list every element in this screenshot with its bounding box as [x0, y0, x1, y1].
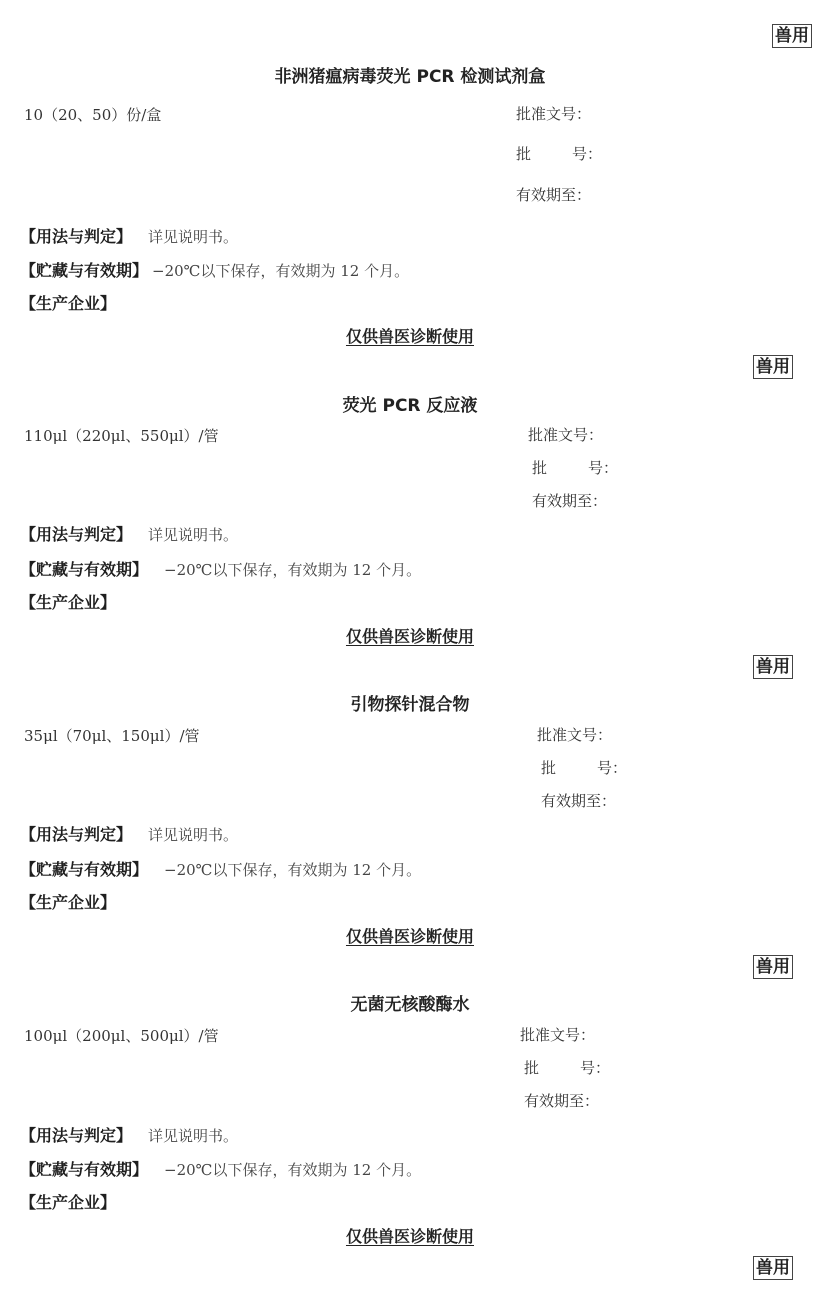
storage-value: −20℃以下保存，有效期为 12 个月。 [164, 1161, 421, 1179]
manufacturer-label: 【生产企业】 [20, 593, 116, 612]
storage-value: −20℃以下保存，有效期为 12 个月。 [164, 861, 421, 879]
package-spec: 35μl（70μl、150μl）/管 [24, 725, 200, 746]
usage-label: 【用法与判定】 [20, 825, 132, 844]
manufacturer-field: 【生产企业】 [20, 890, 116, 913]
footer-text: 仅供兽医诊断使用 [346, 327, 474, 346]
manufacturer-label: 【生产企业】 [20, 893, 116, 912]
approval-number: 批准文号： [516, 104, 591, 124]
usage-label: 【用法与判定】 [20, 525, 132, 544]
approval-number: 批准文号： [520, 1025, 595, 1045]
manufacturer-label: 【生产企业】 [20, 1193, 116, 1212]
manufacturer-field: 【生产企业】 [20, 590, 116, 613]
label-title: 非洲猪瘟病毒荧光 PCR 检测试剂盒 [0, 62, 820, 87]
veterinary-use-badge: 兽用 [753, 355, 793, 379]
veterinary-diagnosis-only: 仅供兽医诊断使用 [0, 324, 820, 347]
package-spec: 10（20、50）份/盒 [24, 104, 161, 125]
storage-field: 【贮藏与有效期】−20℃以下保存，有效期为 12 个月。 [20, 1157, 421, 1180]
batch-number-left: 批 [541, 758, 556, 778]
package-spec: 100μl（200μl、500μl）/管 [24, 1025, 219, 1046]
usage-value: 详见说明书。 [148, 826, 238, 844]
batch-number-right: 号： [580, 1058, 610, 1078]
batch-number-right: 号： [597, 758, 627, 778]
label-title: 荧光 PCR 反应液 [0, 391, 820, 416]
storage-field: 【贮藏与有效期】−20℃以下保存，有效期为 12 个月。 [20, 258, 409, 281]
expiry-date: 有效期至： [541, 791, 616, 811]
veterinary-use-badge: 兽用 [772, 24, 812, 48]
label-title: 引物探针混合物 [0, 690, 820, 715]
storage-label: 【贮藏与有效期】 [20, 560, 148, 579]
manufacturer-field: 【生产企业】 [20, 291, 116, 314]
veterinary-diagnosis-only: 仅供兽医诊断使用 [0, 1224, 820, 1247]
storage-value: −20℃以下保存，有效期为 12 个月。 [152, 262, 409, 280]
manufacturer-label: 【生产企业】 [20, 294, 116, 313]
batch-number-right: 号： [572, 144, 602, 164]
usage-field: 【用法与判定】详见说明书。 [20, 224, 238, 247]
label-title: 无菌无核酸酶水 [0, 990, 820, 1015]
footer-text: 仅供兽医诊断使用 [346, 1227, 474, 1246]
storage-field: 【贮藏与有效期】−20℃以下保存，有效期为 12 个月。 [20, 557, 421, 580]
storage-value: −20℃以下保存，有效期为 12 个月。 [164, 561, 421, 579]
footer-text: 仅供兽医诊断使用 [346, 627, 474, 646]
approval-number: 批准文号： [528, 425, 603, 445]
manufacturer-field: 【生产企业】 [20, 1190, 116, 1213]
usage-value: 详见说明书。 [148, 228, 238, 246]
usage-value: 详见说明书。 [148, 1127, 238, 1145]
storage-field: 【贮藏与有效期】−20℃以下保存，有效期为 12 个月。 [20, 857, 421, 880]
batch-number: 批 号： [524, 1058, 610, 1078]
batch-number: 批 号： [516, 144, 602, 164]
approval-number: 批准文号： [537, 725, 612, 745]
batch-number: 批 号： [532, 458, 618, 478]
veterinary-use-badge: 兽用 [753, 655, 793, 679]
package-spec: 110μl（220μl、550μl）/管 [24, 425, 219, 446]
batch-number-left: 批 [532, 458, 547, 478]
storage-label: 【贮藏与有效期】 [20, 1160, 148, 1179]
expiry-date: 有效期至： [516, 185, 591, 205]
veterinary-use-badge: 兽用 [753, 955, 793, 979]
expiry-date: 有效期至： [524, 1091, 599, 1111]
batch-number-left: 批 [516, 144, 531, 164]
veterinary-diagnosis-only: 仅供兽医诊断使用 [0, 624, 820, 647]
batch-number-right: 号： [588, 458, 618, 478]
storage-label: 【贮藏与有效期】 [20, 261, 148, 280]
batch-number: 批 号： [541, 758, 627, 778]
usage-value: 详见说明书。 [148, 526, 238, 544]
usage-label: 【用法与判定】 [20, 1126, 132, 1145]
usage-label: 【用法与判定】 [20, 227, 132, 246]
usage-field: 【用法与判定】详见说明书。 [20, 522, 238, 545]
usage-field: 【用法与判定】详见说明书。 [20, 822, 238, 845]
veterinary-diagnosis-only: 仅供兽医诊断使用 [0, 924, 820, 947]
storage-label: 【贮藏与有效期】 [20, 860, 148, 879]
footer-text: 仅供兽医诊断使用 [346, 927, 474, 946]
expiry-date: 有效期至： [532, 491, 607, 511]
batch-number-left: 批 [524, 1058, 539, 1078]
veterinary-use-badge: 兽用 [753, 1256, 793, 1280]
usage-field: 【用法与判定】详见说明书。 [20, 1123, 238, 1146]
